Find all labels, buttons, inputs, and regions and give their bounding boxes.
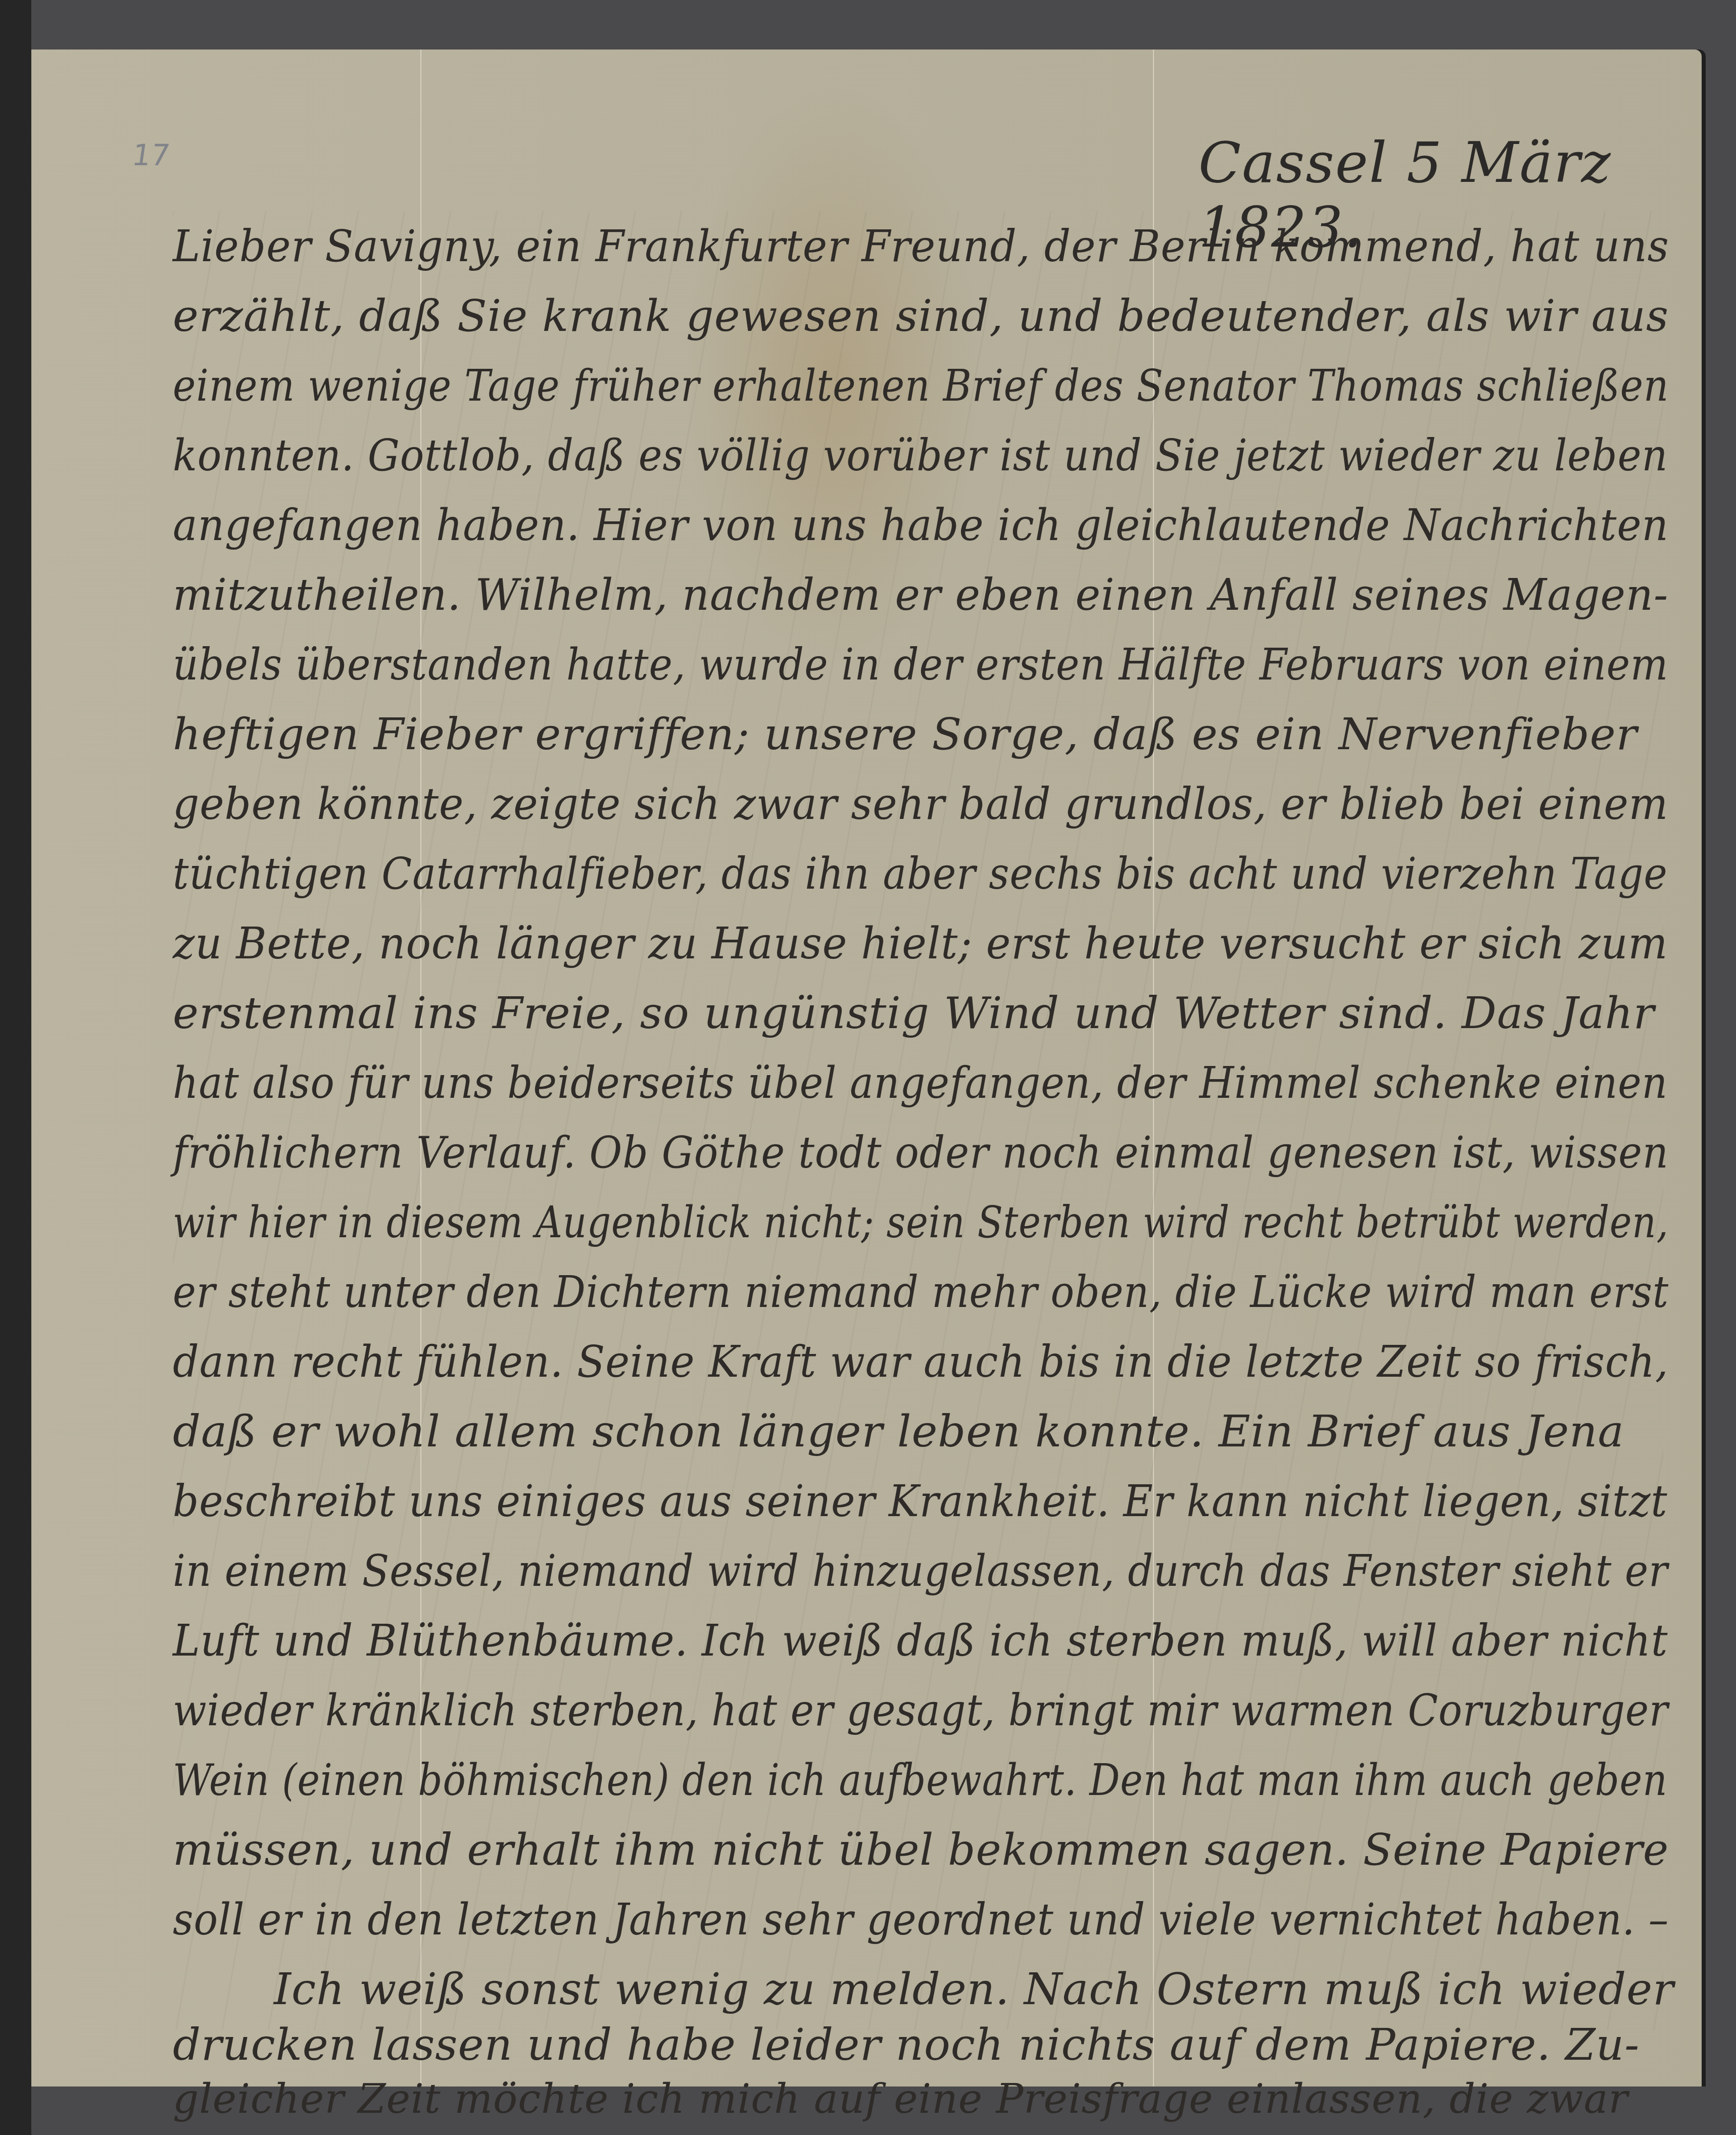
letter-line: heftigen Fieber ergriffen; unsere Sorge,… [173, 709, 1637, 760]
letter-line: zu Bette, noch länger zu Hause hielt; er… [173, 918, 1668, 969]
letter-line: gleicher Zeit möchte ich mich auf eine P… [173, 2075, 1628, 2122]
letter-line: dann recht fühlen. Seine Kraft war auch … [173, 1337, 1669, 1387]
letter-line: in einem Sessel, niemand wird hinzugelas… [173, 1546, 1668, 1596]
letter-line: übels überstanden hatte, wurde in der er… [173, 640, 1668, 690]
folio-number: 17 [130, 138, 172, 172]
scanner-left-edge [0, 0, 31, 2135]
letter-line: daß er wohl allem schon länger leben kon… [173, 1406, 1624, 1457]
letter-line: wieder kränklich sterben, hat er gesagt,… [173, 1685, 1668, 1736]
letter-line: Wein (einen böhmischen) den ich aufbewah… [173, 1755, 1667, 1806]
letter-line: soll er in den letzten Jahren sehr geord… [173, 1895, 1669, 1945]
letter-line: mitzutheilen. Wilhelm, nachdem er eben e… [173, 570, 1668, 620]
letter-line: hat also für uns beiderseits übel angefa… [173, 1058, 1668, 1108]
letter-line: müssen, und erhalt ihm nicht übel bekomm… [173, 1825, 1669, 1875]
letter-line: drucken lassen und habe leider noch nich… [173, 2020, 1639, 2070]
letter-line: wir hier in diesem Augenblick nicht; sei… [173, 1197, 1669, 1248]
letter-line: angefangen haben. Hier von uns habe ich … [173, 500, 1669, 551]
letter-line: erzählt, daß Sie krank gewesen sind, und… [173, 291, 1669, 342]
letter-line: Ich weiß sonst wenig zu melden. Nach Ost… [274, 1964, 1674, 2015]
letter-line: fröhlichern Verlauf. Ob Göthe todt oder … [173, 1128, 1669, 1178]
letter-line: erstenmal ins Freie, so ungünstig Wind u… [173, 988, 1655, 1039]
letter-line: beschreibt uns einiges aus seiner Krankh… [173, 1476, 1668, 1527]
letter-line: er steht unter den Dichtern niemand mehr… [173, 1267, 1669, 1318]
letter-page: 17 Cassel 5 März 1823. Lieber Savigny, e… [31, 50, 1702, 2087]
letter-line: tüchtigen Catarrhalfieber, das ihn aber … [173, 849, 1668, 899]
letter-line: konnten. Gottlob, daß es völlig vorüber … [173, 430, 1668, 481]
letter-line: einem wenige Tage früher erhaltenen Brie… [173, 361, 1669, 411]
letter-line: Lieber Savigny, ein Frankfurter Freund, … [173, 221, 1669, 272]
letter-line: geben könnte, zeigte sich zwar sehr bald… [173, 779, 1668, 830]
letter-line: Luft und Blüthenbäume. Ich weiß daß ich … [173, 1616, 1668, 1666]
